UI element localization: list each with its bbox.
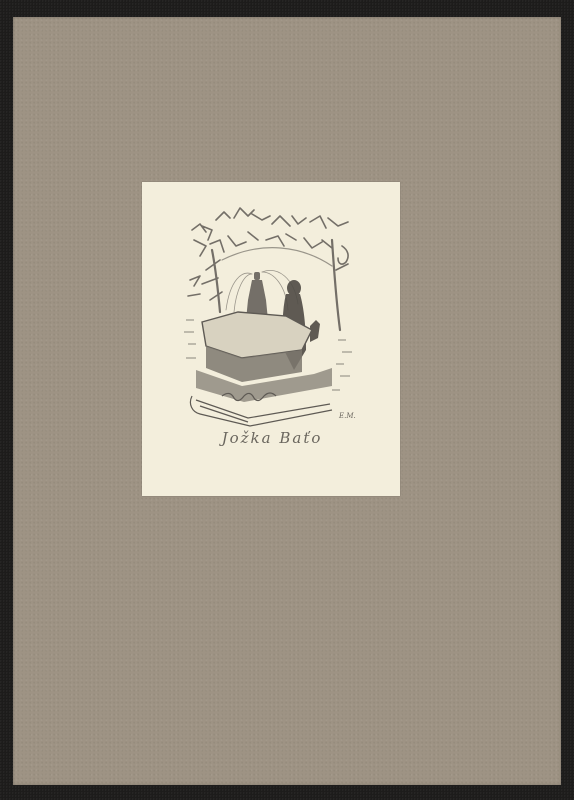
artist-monogram: E.M. [339,412,356,420]
fountain-illustration [182,200,362,440]
ex-libris-print: E.M. Jožka Baťo [142,182,400,496]
ex-libris-inscription: Jožka Baťo [182,429,362,447]
fountain-spray [222,248,332,312]
tree-foliage [188,208,348,330]
